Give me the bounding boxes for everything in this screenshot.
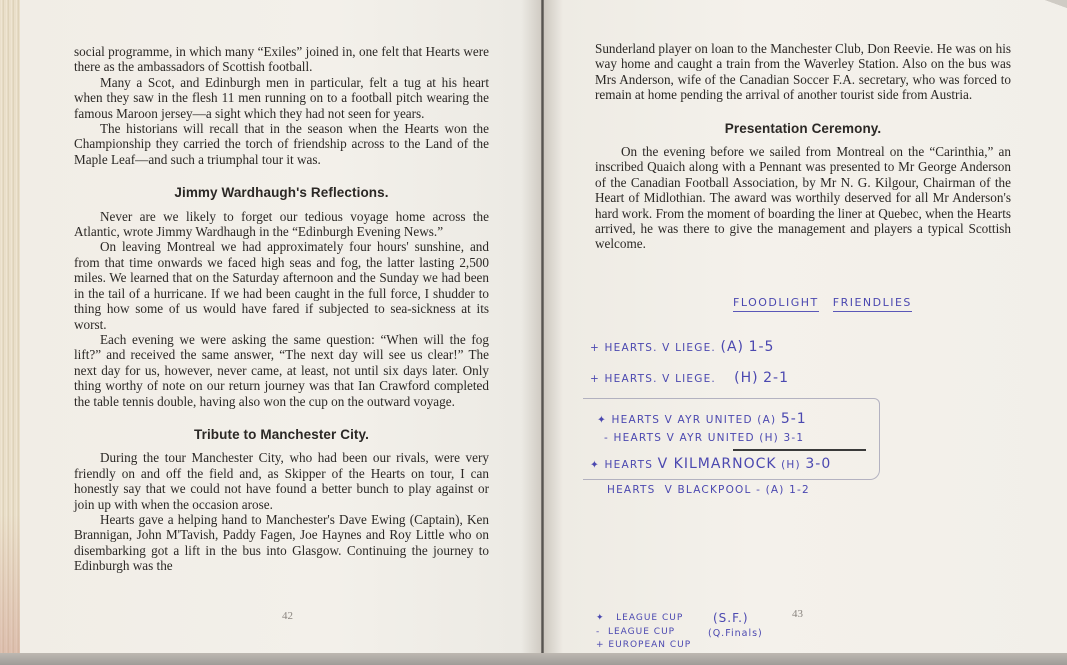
key-label: European Cup — [608, 640, 691, 650]
match-mark: ✦ — [590, 459, 600, 471]
page-number-left: 42 — [282, 610, 293, 622]
match-row: + Hearts. v Liege. (H) 2-1 — [590, 370, 789, 386]
key-mark: - — [596, 627, 600, 637]
match-score: 3-1 — [784, 432, 805, 444]
paragraph: On leaving Montreal we had approximately… — [74, 239, 489, 331]
match-score: 1-5 — [749, 339, 775, 355]
match-row: + Hearts. v Liege. (A) 1-5 — [590, 339, 774, 355]
page-number-right: 43 — [792, 608, 803, 620]
handwritten-title-word: Friendlies — [833, 296, 912, 312]
match-team: Hearts — [607, 484, 656, 496]
spacer — [74, 167, 489, 185]
match-row: ✦ Hearts v Kilmarnock (H) 3-0 — [590, 456, 831, 472]
spacer — [74, 442, 489, 450]
key-mark: + — [596, 640, 605, 650]
match-team: Hearts. — [605, 373, 658, 385]
match-venue: (H) — [759, 432, 779, 444]
match-mark: + — [590, 373, 600, 385]
handwritten-title-word: Floodlight — [733, 296, 819, 312]
handwritten-title: FloodlightFriendlies — [733, 296, 926, 312]
match-venue: (H) — [781, 459, 801, 471]
left-page-text: social programme, in which many “Exiles”… — [74, 44, 489, 574]
match-mark: + — [590, 342, 600, 354]
key-label: League Cup — [608, 627, 675, 637]
handwritten-underline — [733, 449, 866, 451]
section-heading: Tribute to Manchester City. — [74, 427, 489, 442]
paragraph: During the tour Manchester City, who had… — [74, 450, 489, 512]
paragraph: The historians will recall that in the s… — [74, 121, 489, 167]
key-item: - League Cup — [596, 627, 675, 637]
page-edges — [0, 0, 20, 655]
match-opponent: v Ayr United — [665, 414, 753, 426]
spacer — [74, 409, 489, 427]
match-opponent: v Liege. — [662, 373, 716, 385]
paragraph: On the evening before we sailed from Mon… — [595, 144, 1011, 252]
paragraph: Each evening we were asking the same que… — [74, 332, 489, 409]
match-mark: ✦ — [597, 414, 607, 426]
match-mark: - — [604, 432, 609, 444]
paragraph: Sunderland player on loan to the Manches… — [595, 41, 1011, 103]
open-booklet-spread: social programme, in which many “Exiles”… — [0, 0, 1067, 655]
match-score: 2-1 — [763, 370, 789, 386]
match-team: Hearts — [612, 414, 661, 426]
match-opponent: v Ayr United — [667, 432, 755, 444]
match-row: Hearts v Blackpool - (A) 1-2 — [607, 484, 810, 496]
match-team: Hearts — [605, 459, 654, 471]
section-heading: Presentation Ceremony. — [595, 121, 1011, 136]
match-row: ✦ Hearts v Ayr United (A) 5-1 — [597, 411, 807, 427]
match-venue: (A) — [757, 414, 776, 426]
match-opponent: v Liege. — [662, 342, 716, 354]
match-opponent: v Kilmarnock — [658, 456, 777, 472]
match-team: Hearts. — [605, 342, 658, 354]
match-score: 3-0 — [805, 456, 831, 472]
spacer — [595, 103, 1011, 121]
book-spine — [541, 0, 544, 655]
match-opponent: v Blackpool - — [665, 484, 761, 496]
right-page-text: Sunderland player on loan to the Manches… — [595, 41, 1011, 252]
table-surface — [0, 653, 1067, 665]
key-note-semifinal: (S.F.) — [713, 611, 749, 625]
paragraph: Many a Scot, and Edinburgh men in partic… — [74, 75, 489, 121]
key-item: ✦ League Cup — [596, 613, 683, 623]
key-item: + European Cup — [596, 640, 691, 650]
paragraph: Never are we likely to forget our tediou… — [74, 209, 489, 240]
match-team: Hearts — [614, 432, 663, 444]
match-venue: (H) — [734, 370, 758, 386]
match-row: - Hearts v Ayr United (H) 3-1 — [604, 432, 804, 444]
key-mark: ✦ — [596, 613, 605, 623]
key-label: League Cup — [616, 613, 683, 623]
spacer — [595, 136, 1011, 144]
spacer — [74, 201, 489, 209]
section-heading: Jimmy Wardhaugh's Reflections. — [74, 185, 489, 200]
match-venue: (A) — [766, 484, 785, 496]
key-note-quarterfinals: (Q.Finals) — [708, 628, 763, 639]
match-score: 1-2 — [789, 484, 810, 496]
page-corner — [1045, 0, 1067, 12]
match-venue: (A) — [721, 339, 745, 355]
paragraph: Hearts gave a helping hand to Manchester… — [74, 512, 489, 574]
paragraph: social programme, in which many “Exiles”… — [74, 44, 489, 75]
match-score: 5-1 — [781, 411, 807, 427]
